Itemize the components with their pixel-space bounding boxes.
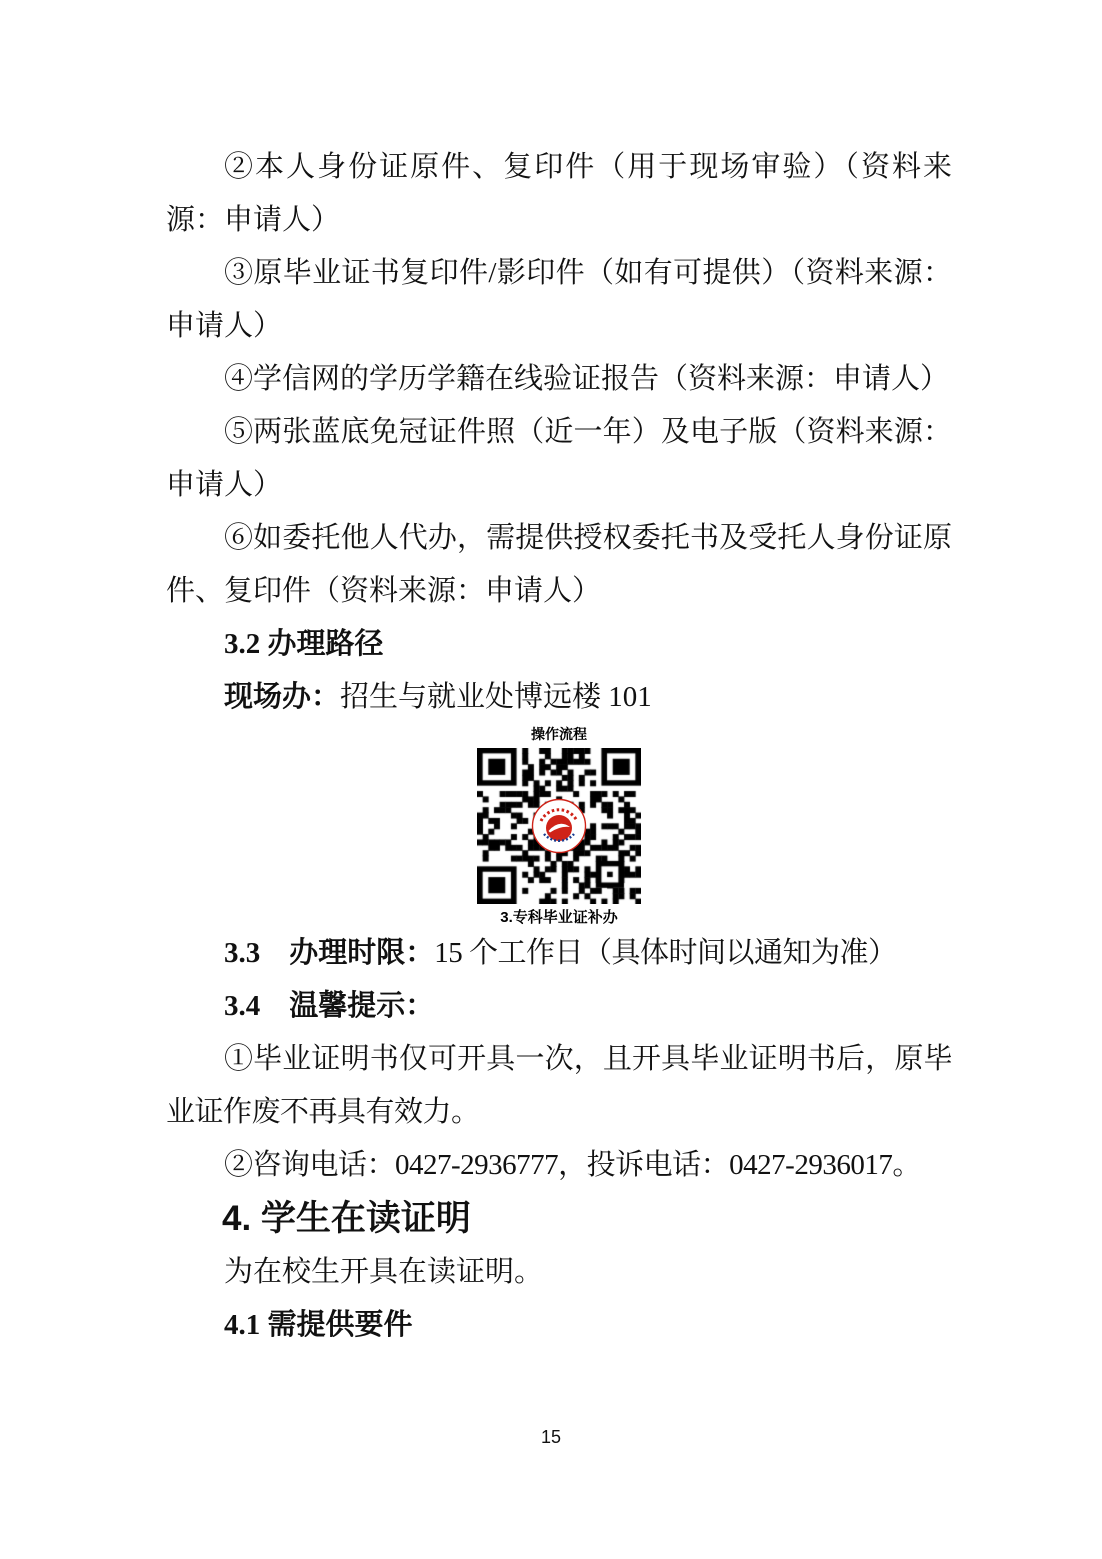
tip-paragraph-1: ①毕业证明书仅可开具一次，且开具毕业证明书后，原毕业证作废不再具有效力。 xyxy=(166,1033,952,1139)
section-3-3-line: 3.3 办理时限：15 个工作日（具体时间以通知为准） xyxy=(166,927,952,980)
requirement-item-6: ⑥如委托他人代办，需提供授权委托书及受托人身份证原件、复印件（资料来源：申请人） xyxy=(166,512,952,618)
qr-code-block: 操作流程 3.专科毕业证补办 xyxy=(166,726,952,927)
qr-caption: 3.专科毕业证补办 xyxy=(166,909,952,927)
section-heading-4-1: 4.1 需提供要件 xyxy=(166,1299,952,1352)
document-page: ②本人身份证原件、复印件（用于现场审验）（资料来源：申请人） ③原毕业证书复印件… xyxy=(0,0,1102,1559)
onsite-channel-line: 现场办：招生与就业处博远楼 101 xyxy=(166,671,952,724)
document-body: ②本人身份证原件、复印件（用于现场审验）（资料来源：申请人） ③原毕业证书复印件… xyxy=(166,141,952,1352)
section-3-3-value: 15 个工作日（具体时间以通知为准） xyxy=(434,937,896,969)
requirement-item-3: ③原毕业证书复印件/影印件（如有可提供）（资料来源：申请人） xyxy=(166,247,952,353)
section-heading-3-2: 3.2 办理路径 xyxy=(166,618,952,671)
section-heading-3-4: 3.4 温馨提示： xyxy=(166,980,952,1033)
section-heading-4: 4. 学生在读证明 xyxy=(166,1192,952,1246)
section-3-3-label: 3.3 办理时限： xyxy=(224,937,434,969)
school-seal-logo-icon xyxy=(531,798,587,854)
onsite-channel-value: 招生与就业处博远楼 101 xyxy=(340,681,652,713)
requirement-item-2: ②本人身份证原件、复印件（用于现场审验）（资料来源：申请人） xyxy=(166,141,952,247)
requirement-item-4: ④学信网的学历学籍在线验证报告（资料来源：申请人） xyxy=(166,353,952,406)
section-4-intro: 为在校生开具在读证明。 xyxy=(166,1246,952,1299)
requirement-item-5: ⑤两张蓝底免冠证件照（近一年）及电子版（资料来源：申请人） xyxy=(166,406,952,512)
onsite-channel-label: 现场办： xyxy=(224,681,340,713)
tip-paragraph-2: ②咨询电话：0427-2936777，投诉电话：0427-2936017。 xyxy=(166,1139,952,1192)
qr-code-image xyxy=(477,748,641,904)
page-number: 15 xyxy=(0,1426,1102,1448)
qr-flow-title: 操作流程 xyxy=(166,726,952,742)
